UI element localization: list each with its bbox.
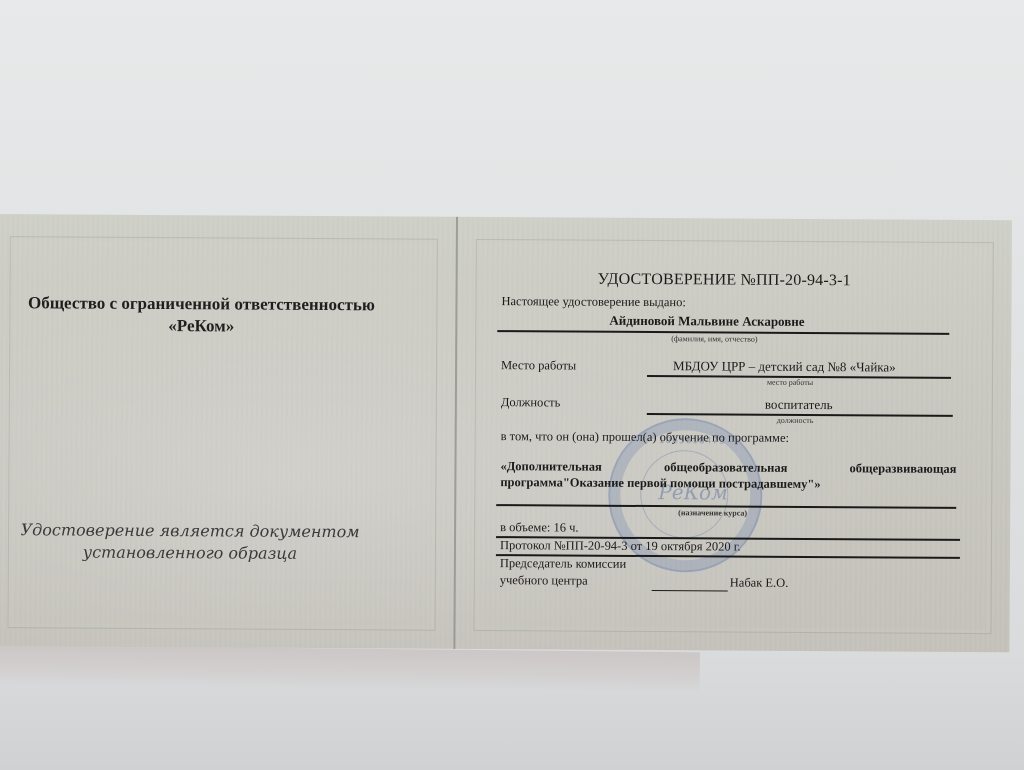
training-statement: в том, что он (она) прошел(а) обучение п… [501, 429, 789, 446]
workplace-caption: место работы [767, 378, 813, 387]
program-caption: (назначение курса) [678, 508, 747, 517]
program-word-1: «Дополнительная [500, 458, 601, 475]
position-caption: должность [777, 416, 814, 425]
certificate-card: Общество с ограниченной ответственностью… [0, 214, 1012, 652]
organization-name: Общество с ограниченной ответственностью [0, 292, 412, 317]
organization-brand: «РеКом» [0, 314, 411, 339]
position-value: воспитатель [765, 397, 833, 413]
signatory-name: Набак Е.О. [730, 576, 789, 591]
photo-scene: Общество с ограниченной ответственностью… [0, 0, 1024, 770]
program-title-line2: программа"Оказание первой помощи пострад… [500, 474, 956, 493]
issued-to-label: Настоящее удостоверение выдано: [501, 294, 685, 310]
program-word-2: общеобразовательная [664, 459, 788, 476]
certificate-title: УДОСТОВЕРЕНИЕ №ПП-20-94-3-1 [598, 271, 851, 291]
validity-note-line1: Удостоверение является документом [10, 519, 370, 543]
protocol-reference: Протокол №ПП-20-94-3 от 19 октября 2020 … [500, 538, 741, 554]
course-volume: в объеме: 16 ч. [500, 520, 579, 535]
validity-note-line2: установленного образца [10, 541, 370, 565]
program-word-3: общеразвивающая [850, 460, 957, 477]
position-label: Должность [501, 395, 561, 410]
holder-full-name: Айдиновой Мальвине Аскаровне [609, 313, 804, 330]
chairman-label-line1: Председатель комиссии [500, 556, 626, 572]
name-caption: (фамилия, имя, отчество) [671, 334, 757, 344]
underlying-sheet-edge [0, 645, 700, 692]
certificate-right-page: 1065618473 РеКом УДОСТОВЕРЕНИЕ №ПП-20-94… [455, 217, 1012, 652]
certificate-left-page: Общество с ограниченной ответственностью… [0, 214, 456, 649]
workplace-value: МБДОУ ЦРР – детский сад №8 «Чайка» [673, 358, 896, 375]
workplace-label: Место работы [501, 358, 576, 373]
chairman-label-line2: учебного центра [500, 573, 588, 589]
